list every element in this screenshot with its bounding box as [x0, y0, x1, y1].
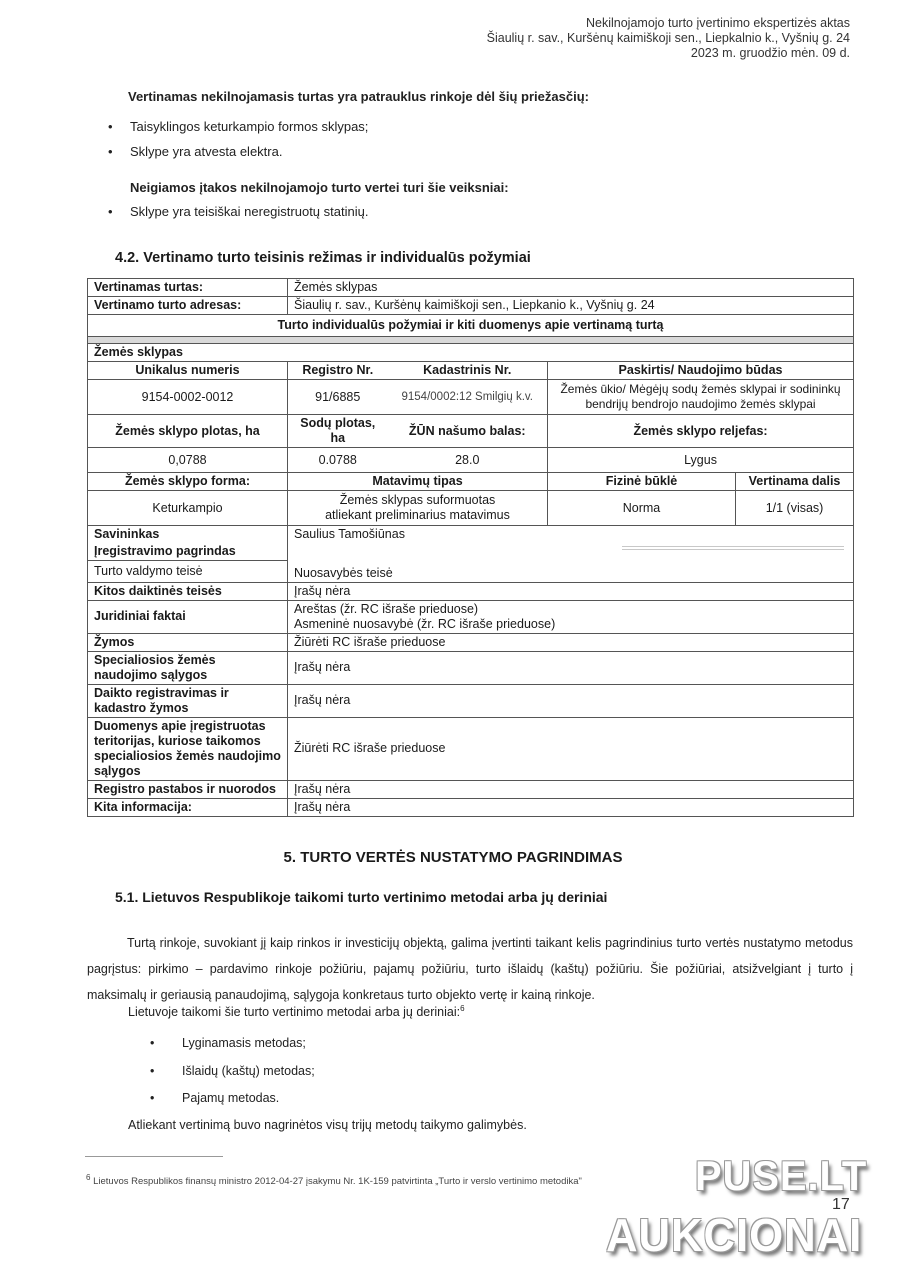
- marks-value: Žiūrėti RC išraše prieduose: [288, 633, 854, 651]
- condition-header: Fizinė būklė: [548, 473, 736, 491]
- methods-conclusion: Atliekant vertinimą buvo nagrinėtos visų…: [128, 1118, 527, 1132]
- attractive-heading: Vertinamas nekilnojamasis turtas yra pat…: [128, 89, 589, 104]
- attractive-item: • Sklype yra atvesta elektra.: [130, 144, 282, 159]
- measurement-type-header: Matavimų tipas: [288, 473, 548, 491]
- bullet-icon: •: [108, 119, 113, 134]
- table-row: Turto individualūs požymiai ir kiti duom…: [88, 315, 854, 337]
- watermark-line-2: AUKCIONAI: [606, 1208, 862, 1262]
- other-info-value: Įrašų nėra: [288, 798, 854, 816]
- method-item: • Išlaidų (kaštų) metodas;: [182, 1064, 315, 1078]
- attractive-item: • Taisyklingos keturkampio formos sklypa…: [130, 119, 368, 134]
- owner-label: Savininkas: [88, 526, 288, 544]
- footnote-ref: 6: [460, 1004, 464, 1013]
- registration-basis-value: [288, 543, 854, 561]
- table-row: Registro pastabos ir nuorodos Įrašų nėra: [88, 780, 854, 798]
- management-right-value: Nuosavybės teisė: [288, 561, 854, 583]
- methods-intro: Lietuvoje taikomi šie turto vertinimo me…: [128, 1004, 465, 1019]
- document-header: Nekilnojamojo turto įvertinimo ekspertiz…: [487, 16, 850, 61]
- owner-value: Saulius Tamošiūnas: [288, 526, 854, 544]
- bullet-icon: •: [108, 144, 113, 159]
- share-header: Vertinama dalis: [736, 473, 854, 491]
- header-title: Nekilnojamojo turto įvertinimo ekspertiz…: [487, 16, 850, 31]
- cadastre-marks-label: Daikto registravimas ir kadastro žymos: [88, 684, 288, 717]
- share-value: 1/1 (visas): [736, 491, 854, 526]
- garden-area-value: 0.0788: [288, 448, 388, 473]
- table-row: Keturkampio Žemės sklypas suformuotas at…: [88, 491, 854, 526]
- special-conditions-value: Įrašų nėra: [288, 651, 854, 684]
- bullet-icon: •: [108, 204, 113, 219]
- table-row: Vertinamo turto adresas: Šiaulių r. sav.…: [88, 297, 854, 315]
- table-row: Savininkas Saulius Tamošiūnas: [88, 526, 854, 544]
- table-row: Specialiosios žemės naudojimo sąlygos Įr…: [88, 651, 854, 684]
- address-value: Šiaulių r. sav., Kuršėnų kaimiškoji sen.…: [288, 297, 854, 315]
- watermark-line-1: PUSE.LT: [695, 1152, 867, 1200]
- measurement-type-value: Žemės sklypas suformuotas atliekant prel…: [288, 491, 548, 526]
- address-label: Vertinamo turto adresas:: [88, 297, 288, 315]
- legal-facts-label: Juridiniai faktai: [88, 600, 288, 633]
- land-heading: Žemės sklypas: [88, 344, 854, 362]
- bullet-icon: •: [150, 1091, 154, 1105]
- legal-facts-value: Areštas (žr. RC išraše prieduose) Asmeni…: [288, 600, 854, 633]
- separator-row: [88, 337, 854, 344]
- footnote: 6 Lietuvos Respublikos finansų ministro …: [86, 1173, 582, 1187]
- purpose-header: Paskirtis/ Naudojimo būdas: [548, 362, 854, 380]
- table-row: Vertinamas turtas: Žemės sklypas: [88, 279, 854, 297]
- bullet-icon: •: [150, 1064, 154, 1078]
- shape-value: Keturkampio: [88, 491, 288, 526]
- unique-number-header: Unikalus numeris: [88, 362, 288, 380]
- area-value: 0,0788: [88, 448, 288, 473]
- registry-notes-label: Registro pastabos ir nuorodos: [88, 780, 288, 798]
- property-table: Vertinamas turtas: Žemės sklypas Vertina…: [87, 278, 854, 817]
- signature-line: [622, 549, 844, 550]
- table-row: Juridiniai faktai Areštas (žr. RC išraše…: [88, 600, 854, 633]
- property-value: Žemės sklypas: [288, 279, 854, 297]
- negative-heading: Neigiamos įtakos nekilnojamojo turto ver…: [130, 180, 509, 195]
- other-info-label: Kita informacija:: [88, 798, 288, 816]
- negative-item: • Sklype yra teisiškai neregistruotų sta…: [130, 204, 368, 219]
- table-row: 0,0788 0.0788 28.0 Lygus: [88, 448, 854, 473]
- methods-paragraph: Turtą rinkoje, suvokiant jį kaip rinkos …: [87, 930, 853, 1008]
- method-item: • Pajamų metodas.: [182, 1091, 279, 1105]
- shape-header: Žemės sklypo forma:: [88, 473, 288, 491]
- cadastre-marks-value: Įrašų nėra: [288, 684, 854, 717]
- footnote-number: 6: [86, 1173, 90, 1182]
- section-5-title: 5. TURTO VERTĖS NUSTATYMO PAGRINDIMAS: [0, 849, 906, 866]
- marks-label: Žymos: [88, 633, 288, 651]
- relief-header: Žemės sklypo reljefas:: [548, 415, 854, 448]
- table-row: Daikto registravimas ir kadastro žymos Į…: [88, 684, 854, 717]
- table-row: Žemės sklypo forma: Matavimų tipas Fizin…: [88, 473, 854, 491]
- header-date: 2023 m. gruodžio mėn. 09 d.: [487, 46, 850, 61]
- table-row: Kitos daiktinės teisės Įrašų nėra: [88, 582, 854, 600]
- registry-number-header: Registro Nr.: [288, 362, 388, 380]
- table-row: Turto valdymo teisė Nuosavybės teisė: [88, 561, 854, 583]
- management-right-label: Turto valdymo teisė: [88, 561, 288, 583]
- area-header: Žemės sklypo plotas, ha: [88, 415, 288, 448]
- condition-value: Norma: [548, 491, 736, 526]
- section-4-2-title: 4.2. Vertinamo turto teisinis režimas ir…: [115, 250, 531, 266]
- table-row: Žemės sklypas: [88, 344, 854, 362]
- header-address: Šiaulių r. sav., Kuršėnų kaimiškoji sen.…: [487, 31, 850, 46]
- unique-number-value: 9154-0002-0012: [88, 380, 288, 415]
- bullet-icon: •: [150, 1036, 154, 1050]
- relief-value: Lygus: [548, 448, 854, 473]
- features-heading: Turto individualūs požymiai ir kiti duom…: [88, 315, 854, 337]
- method-item: • Lyginamasis metodas;: [182, 1036, 306, 1050]
- table-row: Žemės sklypo plotas, ha Sodų plotas, ha …: [88, 415, 854, 448]
- registry-notes-value: Įrašų nėra: [288, 780, 854, 798]
- productivity-score-header: ŽŪN našumo balas:: [388, 415, 548, 448]
- cadastral-number-header: Kadastrinis Nr.: [388, 362, 548, 380]
- table-row: Įregistravimo pagrindas: [88, 543, 854, 561]
- cadastral-number-value: 9154/0002:12 Smilgių k.v.: [388, 380, 548, 415]
- registry-number-value: 91/6885: [288, 380, 388, 415]
- section-5-1-title: 5.1. Lietuvos Respublikoje taikomi turto…: [115, 889, 607, 905]
- other-rights-value: Įrašų nėra: [288, 582, 854, 600]
- footnote-text: Lietuvos Respublikos finansų ministro 20…: [93, 1176, 582, 1187]
- registration-basis-label: Įregistravimo pagrindas: [88, 543, 288, 561]
- table-row: Žymos Žiūrėti RC išraše prieduose: [88, 633, 854, 651]
- special-conditions-label: Specialiosios žemės naudojimo sąlygos: [88, 651, 288, 684]
- purpose-value: Žemės ūkio/ Mėgėjų sodų žemės sklypai ir…: [548, 380, 854, 415]
- registered-territories-label: Duomenys apie įregistruotas teritorijas,…: [88, 717, 288, 780]
- footnote-divider: [85, 1156, 223, 1157]
- table-row: 9154-0002-0012 91/6885 9154/0002:12 Smil…: [88, 380, 854, 415]
- table-row: Duomenys apie įregistruotas teritorijas,…: [88, 717, 854, 780]
- registered-territories-value: Žiūrėti RC išraše prieduose: [288, 717, 854, 780]
- table-row: Kita informacija: Įrašų nėra: [88, 798, 854, 816]
- other-rights-label: Kitos daiktinės teisės: [88, 582, 288, 600]
- productivity-score-value: 28.0: [388, 448, 548, 473]
- property-label: Vertinamas turtas:: [88, 279, 288, 297]
- table-row: Unikalus numeris Registro Nr. Kadastrini…: [88, 362, 854, 380]
- garden-area-header: Sodų plotas, ha: [288, 415, 388, 448]
